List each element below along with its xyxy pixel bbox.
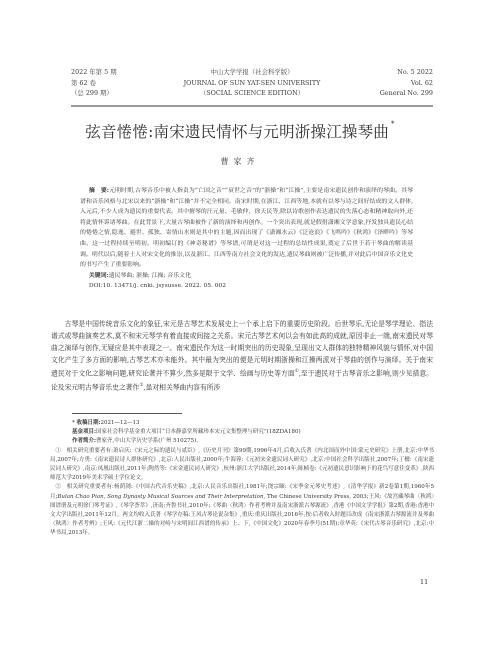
journal-name-zh: 中山大学学报（社会科学版） [71, 67, 433, 78]
received-value: 2021—12—13 [101, 420, 140, 426]
header-divider [71, 105, 433, 107]
article-title: 弦音惓惓:南宋遗民情怀与元明浙操江操琴曲* [40, 120, 440, 142]
issue-number-en: No. 5 2022 [380, 67, 433, 78]
author-info-value: 曹家齐,中山大学历史学系(广州 510275)。 [96, 438, 202, 444]
article-title-text: 弦音惓惓:南宋遗民情怀与元明浙操江操琴曲 [85, 123, 389, 141]
fund-value: 国家社会科学基金重大项目“日本静嘉堂所藏珍本宋元文集整理与研究”(18ZDA18… [96, 429, 301, 435]
footnote-2-part-b: , The Chinese University Press, 2003;王风:… [50, 494, 434, 537]
keywords-label: 关键词: [89, 272, 109, 279]
journal-name-en: JOURNAL OF SUN YAT-SEN UNIVERSITY [71, 78, 433, 89]
fund-label: 基金项目: [72, 429, 96, 435]
footnote-divider [72, 413, 182, 414]
abstract-text: 元明时期,古琴音乐中被人指责为“亡国之音”“衰世之音”的“浙操”和“江操”,主要… [80, 188, 413, 268]
footnotes: * 收稿日期:2021—12—13 基金项目:国家社会科学基金重大项目“日本静嘉… [72, 419, 434, 539]
issue-info-en: No. 5 2022 Vol. 62 General No. 299 [380, 67, 433, 99]
volume-en: Vol. 62 [380, 78, 433, 89]
footnote-1: ① 相关研究重要者有:萧启庆:《宋元之际的遗民与贰臣》,《历史月刊》第99期,1… [50, 447, 434, 484]
author-info-label: 作者简介: [72, 438, 96, 444]
body-text: 古琴是中国传统音乐文化的象征,宋元是古琴艺术发展史上一个承上启下的重要历史阶段。… [51, 318, 433, 393]
journal-edition: （SOCIAL SCIENCE EDITION） [71, 88, 433, 99]
received-date: * 收稿日期:2021—12—13 [72, 419, 434, 428]
body-paragraph: 古琴是中国传统音乐文化的象征,宋元是古琴艺术发展史上一个承上启下的重要历史阶段。… [51, 318, 433, 393]
abstract-block: 摘 要:元明时期,古琴音乐中被人指责为“亡国之音”“衰世之音”的“浙操”和“江操… [80, 186, 413, 292]
journal-header: 2022 年第 5 期 第 62 卷 （总 299 期） 中山大学学报（社会科学… [71, 67, 433, 109]
received-mark: * [72, 420, 75, 426]
general-number-en: General No. 299 [380, 88, 433, 99]
abstract-label: 摘 要: [89, 187, 109, 194]
keywords-text: 遗民琴曲; 浙操; 江操; 音乐文化 [109, 273, 191, 279]
received-label: 收稿日期: [77, 420, 101, 426]
journal-name: 中山大学学报（社会科学版） JOURNAL OF SUN YAT-SEN UNI… [71, 67, 433, 99]
fund-info: 基金项目:国家社会科学基金重大项目“日本静嘉堂所藏珍本宋元文集整理与研究”(18… [72, 428, 434, 437]
keywords-line: 关键词:遗民琴曲; 浙操; 江操; 音乐文化 [80, 271, 413, 282]
article-author: 曹家齐 [0, 156, 480, 167]
title-footnote-mark[interactable]: * [391, 120, 395, 128]
footnote-2: ② 相关研究重要者有:杨荫浏:《中国古代音乐史稿》,北京:人民音乐出版社,198… [50, 483, 434, 538]
page-number: 11 [420, 578, 428, 586]
abstract-paragraph: 摘 要:元明时期,古琴音乐中被人指责为“亡国之音”“衰世之音”的“浙操”和“江操… [80, 186, 413, 271]
body-paragraph-text-cont2: ,虽对相关琴曲内容有所涉 [143, 383, 220, 391]
footnote-2-english-title: Bulan Chao Pian, Song Dynasty Musical So… [57, 494, 263, 500]
doi-line[interactable]: DOI:10. 13471/j. cnki. jsysusse. 2022. 0… [80, 281, 413, 292]
author-info: 作者简介:曹家齐,中山大学历史学系(广州 510275)。 [72, 437, 434, 446]
